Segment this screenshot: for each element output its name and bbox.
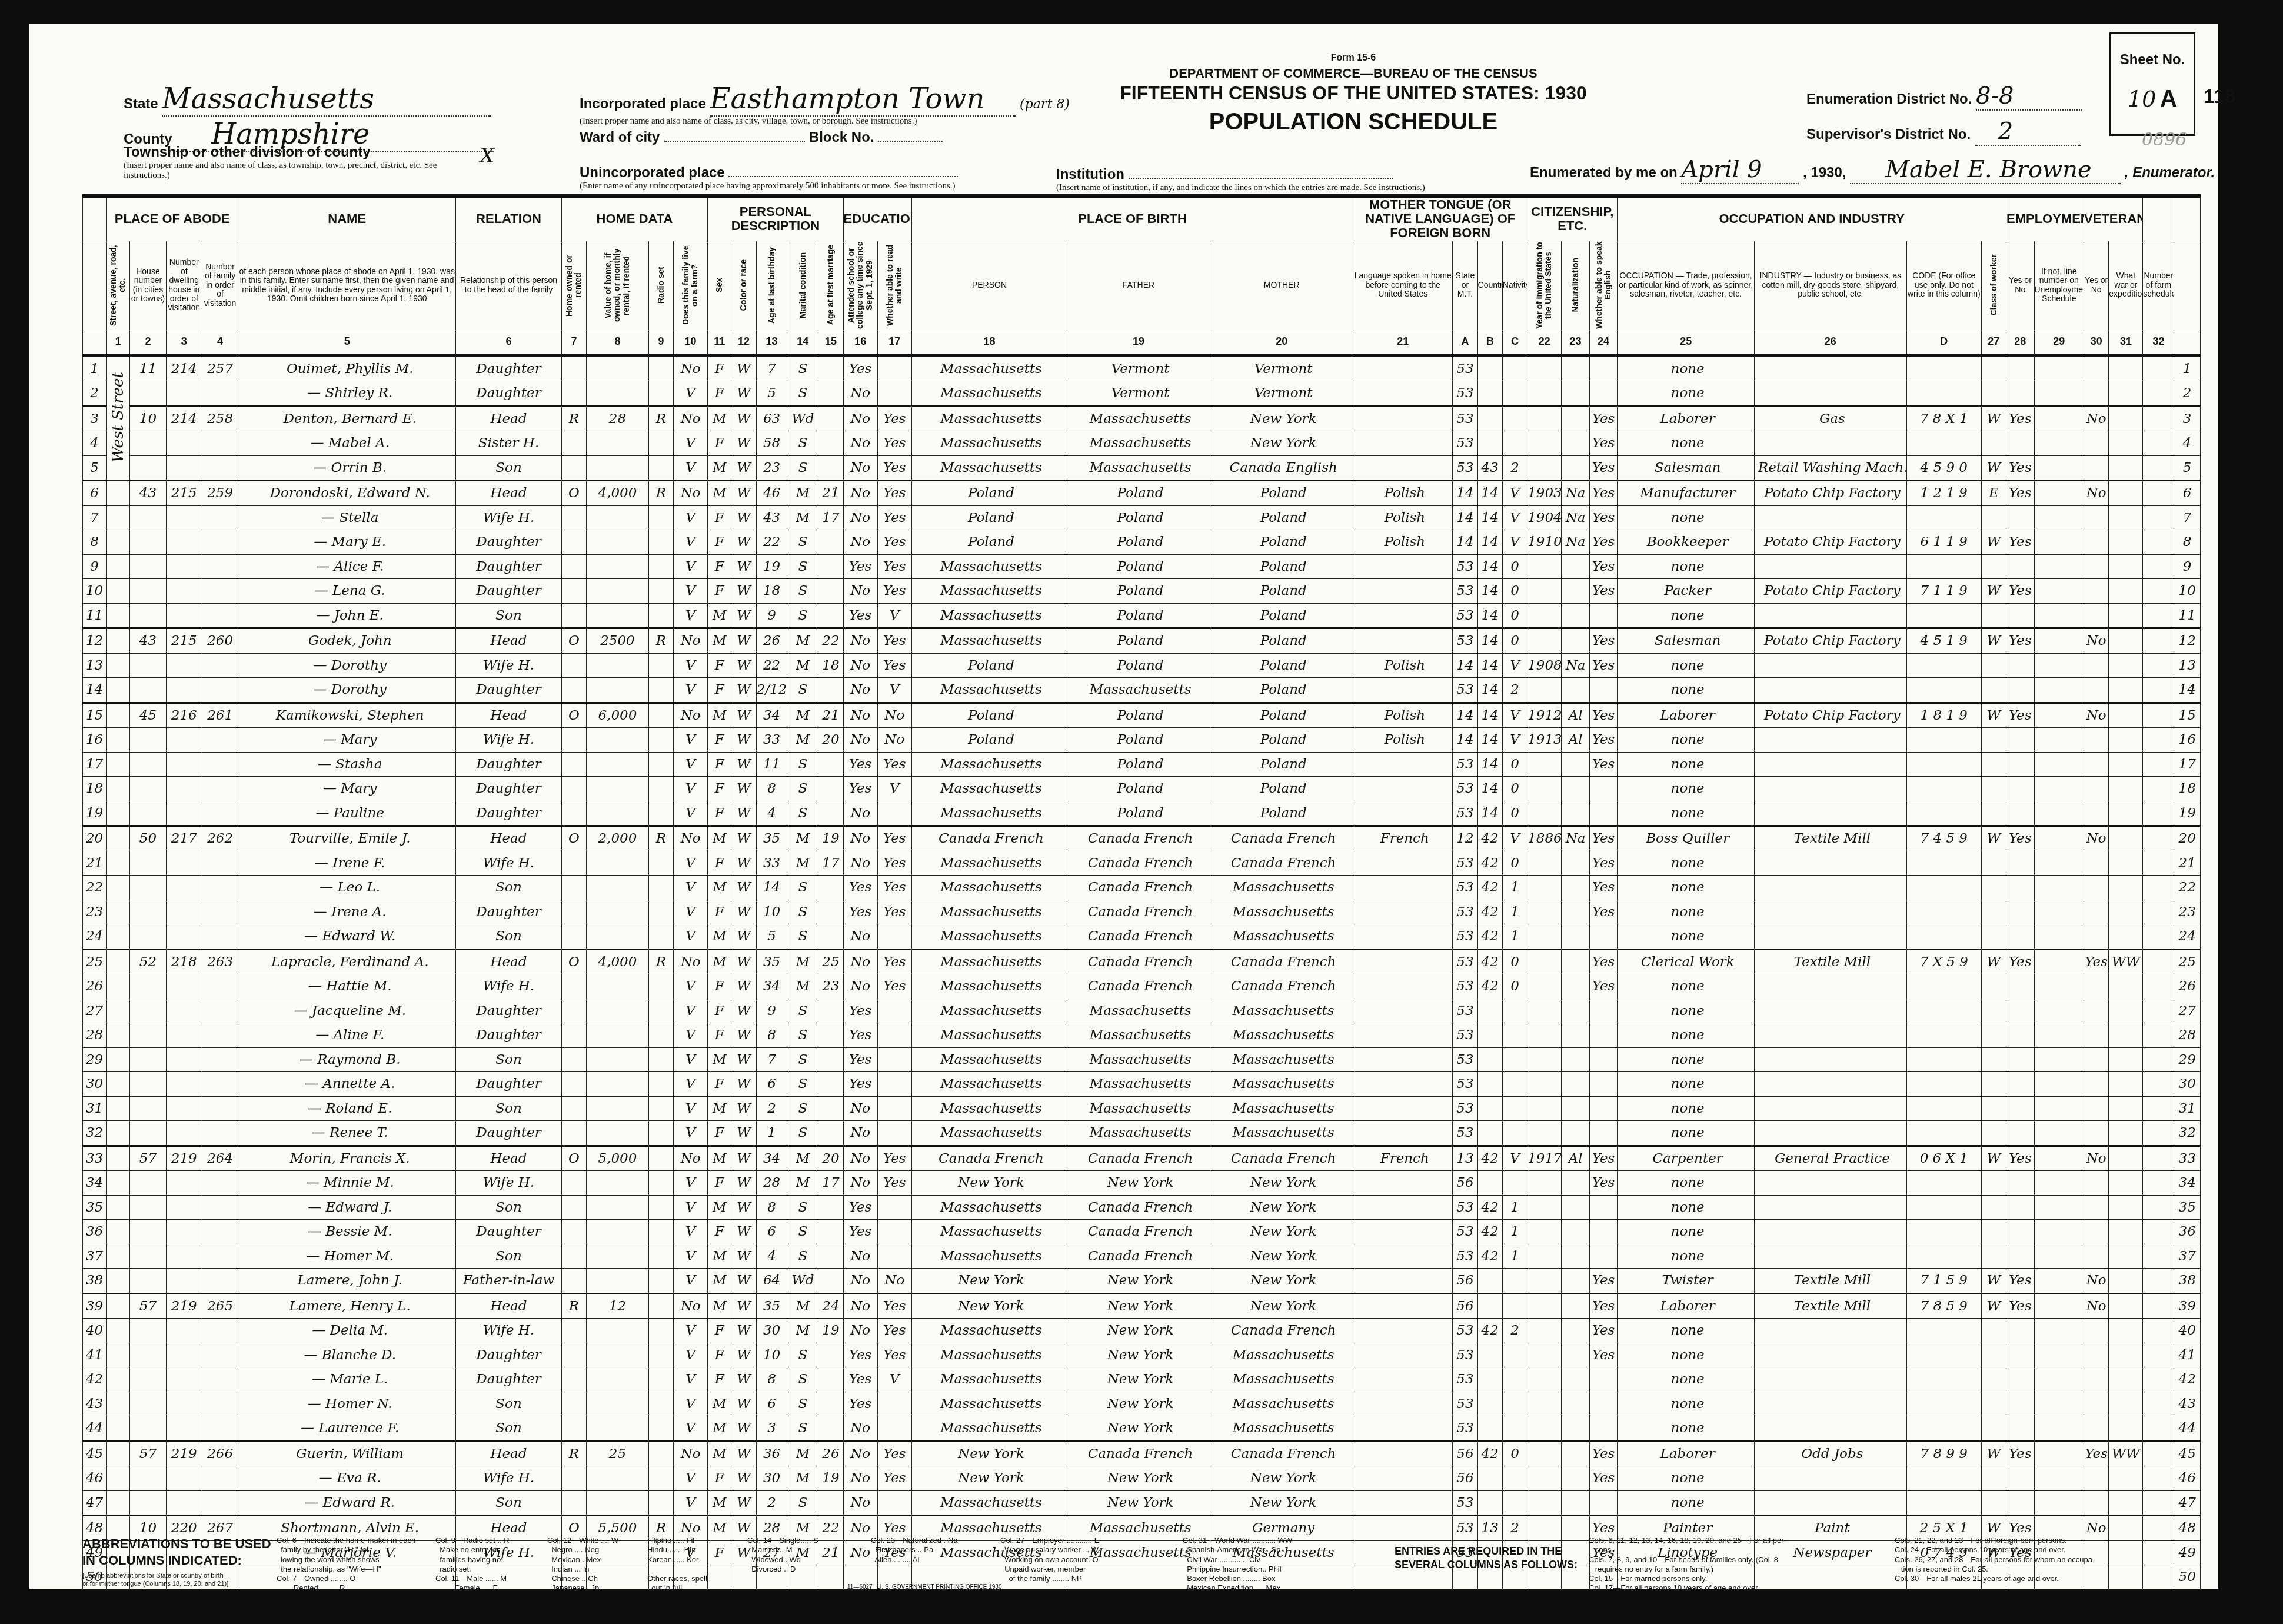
cell-farmsch bbox=[2143, 505, 2174, 530]
cell-ln: 13 bbox=[83, 653, 107, 678]
cell-occ: none bbox=[1618, 1195, 1755, 1220]
cell-fbp: Canada French bbox=[1067, 949, 1210, 974]
cell-own: O bbox=[561, 949, 586, 974]
cell-occ: none bbox=[1618, 355, 1755, 381]
cell-val bbox=[587, 678, 649, 703]
cell-b: 42 bbox=[1477, 826, 1502, 851]
table-row: 4557219266Guerin, WilliamHeadR25NoMW36M2… bbox=[83, 1441, 2201, 1466]
cell-war bbox=[2109, 678, 2143, 703]
cell-mbp: Massachusetts bbox=[1210, 1096, 1353, 1121]
cell-eng bbox=[1589, 924, 1618, 950]
cell-rel: Daughter bbox=[456, 1072, 562, 1097]
cell-sch: No bbox=[843, 653, 877, 678]
cell-farm: V bbox=[674, 431, 708, 456]
cell-unemp bbox=[2034, 1047, 2084, 1072]
cell-imm: 1908 bbox=[1527, 653, 1562, 678]
column-header-30: Yes or No bbox=[2084, 241, 2109, 330]
cell-ln: 9 bbox=[2174, 554, 2201, 579]
cell-ln: 7 bbox=[83, 505, 107, 530]
cell-dw bbox=[166, 974, 202, 999]
cell-imm: 1910 bbox=[1527, 530, 1562, 555]
cell-race: W bbox=[731, 1367, 756, 1392]
column-header-4: Number of family in order of visitation bbox=[202, 241, 238, 330]
column-header-A: State or M.T. bbox=[1453, 241, 1477, 330]
cell-ln: 39 bbox=[83, 1293, 107, 1319]
column-group-13 bbox=[2143, 196, 2174, 241]
cell-farm: V bbox=[674, 381, 708, 407]
cell-ln: 34 bbox=[2174, 1171, 2201, 1196]
block-label: Block No. bbox=[809, 129, 874, 145]
cell-rw: V bbox=[877, 1367, 911, 1392]
cell-fbp: Canada French bbox=[1067, 974, 1210, 999]
cell-b: 14 bbox=[1477, 801, 1502, 826]
cell-house bbox=[130, 1072, 166, 1097]
cell-bp: Massachusetts bbox=[911, 1490, 1067, 1516]
cell-agem: 17 bbox=[818, 851, 843, 876]
department-title: DEPARTMENT OF COMMERCE—BUREAU OF THE CEN… bbox=[1089, 66, 1618, 81]
cell-b: 14 bbox=[1477, 530, 1502, 555]
cell-dw bbox=[166, 381, 202, 407]
cell-radio: R bbox=[648, 628, 673, 654]
cell-farmsch bbox=[2143, 603, 2174, 628]
cell-rw: V bbox=[877, 678, 911, 703]
column-label: Age at last birthday bbox=[767, 247, 776, 324]
cell-vet: No bbox=[2084, 628, 2109, 654]
cell-lang: Polish bbox=[1353, 728, 1453, 753]
cell-nat bbox=[1562, 1121, 1590, 1146]
cell-occ: none bbox=[1618, 1392, 1755, 1416]
cell-imm bbox=[1527, 1121, 1562, 1146]
cell-ln: 47 bbox=[83, 1490, 107, 1516]
cell-imm bbox=[1527, 355, 1562, 381]
cell-val bbox=[587, 1096, 649, 1121]
cell-dw: 215 bbox=[166, 481, 202, 506]
cell-war bbox=[2109, 1367, 2143, 1392]
abbreviations-title: ABBREVIATIONS TO BE USED IN COLUMNS INDI… bbox=[82, 1536, 271, 1568]
cell-imm: 1913 bbox=[1527, 728, 1562, 753]
cell-sex: F bbox=[708, 1072, 731, 1097]
cell-sch: No bbox=[843, 406, 877, 431]
cell-farmsch bbox=[2143, 974, 2174, 999]
cell-rw bbox=[877, 1392, 911, 1416]
cell-house bbox=[130, 1343, 166, 1367]
cell-a: 53 bbox=[1453, 876, 1477, 900]
table-row: 40— Delia M.Wife H.VFW30M19NoYesMassachu… bbox=[83, 1319, 2201, 1343]
cell-sch: Yes bbox=[843, 355, 877, 381]
cell-dw bbox=[166, 1244, 202, 1269]
cell-ln: 37 bbox=[2174, 1244, 2201, 1269]
cell-farmsch bbox=[2143, 703, 2174, 728]
cell-mar: S bbox=[787, 678, 818, 703]
cell-name: — Marie L. bbox=[238, 1367, 456, 1392]
cell-street bbox=[107, 505, 130, 530]
cell-a: 14 bbox=[1453, 703, 1477, 728]
cell-sex: M bbox=[708, 1490, 731, 1516]
table-row: 3957219265Lamere, Henry L.HeadR12NoMW35M… bbox=[83, 1293, 2201, 1319]
cell-farmsch bbox=[2143, 1319, 2174, 1343]
cell-sex: M bbox=[708, 603, 731, 628]
cell-dw bbox=[166, 505, 202, 530]
cell-ln: 6 bbox=[83, 481, 107, 506]
cell-work bbox=[2006, 999, 2034, 1023]
column-number: B bbox=[1477, 330, 1502, 355]
cell-fbp: Poland bbox=[1067, 752, 1210, 777]
table-row: 21— Irene F.Wife H.VFW33M17NoYesMassachu… bbox=[83, 851, 2201, 876]
cell-c: 0 bbox=[1502, 579, 1527, 604]
cell-own bbox=[561, 1244, 586, 1269]
cell-age: 22 bbox=[756, 530, 787, 555]
cell-c: V bbox=[1502, 530, 1527, 555]
column-number: 8 bbox=[587, 330, 649, 355]
cell-house: 57 bbox=[130, 1293, 166, 1319]
cell-imm bbox=[1527, 1343, 1562, 1367]
cell-vet bbox=[2084, 1392, 2109, 1416]
cell-ind: Potato Chip Factory bbox=[1754, 530, 1906, 555]
cell-occ: none bbox=[1618, 851, 1755, 876]
cell-street bbox=[107, 949, 130, 974]
cell-c: 0 bbox=[1502, 603, 1527, 628]
cell-fbp: Poland bbox=[1067, 481, 1210, 506]
cell-code bbox=[1906, 1072, 1981, 1097]
cell-code bbox=[1906, 1023, 1981, 1048]
cell-sex: M bbox=[708, 1269, 731, 1294]
cell-ln: 17 bbox=[2174, 752, 2201, 777]
cell-val bbox=[587, 801, 649, 826]
cell-c: 0 bbox=[1502, 752, 1527, 777]
cell-age: 34 bbox=[756, 974, 787, 999]
cell-sch: No bbox=[843, 851, 877, 876]
cell-dw: 219 bbox=[166, 1146, 202, 1171]
cell-street bbox=[107, 1023, 130, 1048]
cell-dw bbox=[166, 1023, 202, 1048]
cell-sch: No bbox=[843, 628, 877, 654]
cell-race: W bbox=[731, 530, 756, 555]
cell-ln: 4 bbox=[83, 431, 107, 456]
cell-farm: V bbox=[674, 1171, 708, 1196]
cell-mbp: Poland bbox=[1210, 752, 1353, 777]
cell-farm: No bbox=[674, 406, 708, 431]
cell-agem bbox=[818, 1392, 843, 1416]
cell-nat bbox=[1562, 1072, 1590, 1097]
column-number: 7 bbox=[561, 330, 586, 355]
cell-mar: M bbox=[787, 851, 818, 876]
cell-rel: Wife H. bbox=[456, 851, 562, 876]
column-header-19: FATHER bbox=[1067, 241, 1210, 330]
cell-nat bbox=[1562, 752, 1590, 777]
cell-ln: 36 bbox=[83, 1220, 107, 1244]
cell-street bbox=[107, 678, 130, 703]
cell-rel: Daughter bbox=[456, 752, 562, 777]
cell-fam bbox=[202, 1244, 238, 1269]
cell-agem bbox=[818, 1244, 843, 1269]
column-label: State or M.T. bbox=[1453, 271, 1477, 298]
cell-work bbox=[2006, 801, 2034, 826]
cell-unemp bbox=[2034, 455, 2084, 481]
cell-c bbox=[1502, 1269, 1527, 1294]
cell-name: Kamikowski, Stephen bbox=[238, 703, 456, 728]
table-row: 27— Jacqueline M.DaughterVFW9SYesMassach… bbox=[83, 999, 2201, 1023]
column-label: Whether able to read and write bbox=[886, 241, 904, 330]
cell-house bbox=[130, 974, 166, 999]
column-header-27: Class of worker bbox=[1981, 241, 2006, 330]
cell-b bbox=[1477, 1171, 1502, 1196]
cell-farmsch bbox=[2143, 1195, 2174, 1220]
cell-farmsch bbox=[2143, 628, 2174, 654]
cell-farm: V bbox=[674, 876, 708, 900]
cell-work bbox=[2006, 1466, 2034, 1491]
cell-farmsch bbox=[2143, 554, 2174, 579]
cell-race: W bbox=[731, 924, 756, 950]
cell-rw bbox=[877, 1072, 911, 1097]
cell-war bbox=[2109, 1096, 2143, 1121]
cell-radio bbox=[648, 900, 673, 924]
cell-c: 2 bbox=[1502, 1319, 1527, 1343]
cell-war bbox=[2109, 431, 2143, 456]
cell-c: 1 bbox=[1502, 1195, 1527, 1220]
cell-mar: S bbox=[787, 876, 818, 900]
cell-val bbox=[587, 653, 649, 678]
cell-rw bbox=[877, 381, 911, 407]
cell-sch: Yes bbox=[843, 603, 877, 628]
cell-occ: none bbox=[1618, 924, 1755, 950]
cell-farmsch bbox=[2143, 1171, 2174, 1196]
cell-b bbox=[1477, 1096, 1502, 1121]
cell-c: 2 bbox=[1502, 455, 1527, 481]
cell-ln: 21 bbox=[2174, 851, 2201, 876]
cell-bp: Massachusetts bbox=[911, 1023, 1067, 1048]
column-group-6: EDUCATION bbox=[843, 196, 911, 241]
incorporated-label: Incorporated place bbox=[580, 96, 706, 112]
cell-mar: Wd bbox=[787, 406, 818, 431]
cell-rel: Daughter bbox=[456, 1023, 562, 1048]
cell-ind bbox=[1754, 1023, 1906, 1048]
cell-mar: M bbox=[787, 949, 818, 974]
cell-radio bbox=[648, 431, 673, 456]
cell-farm: V bbox=[674, 1343, 708, 1367]
cell-vet bbox=[2084, 876, 2109, 900]
column-number: 1 bbox=[107, 330, 130, 355]
cell-lang: French bbox=[1353, 1146, 1453, 1171]
cell-unemp bbox=[2034, 777, 2084, 801]
cell-sch: No bbox=[843, 1121, 877, 1146]
cell-ln: 12 bbox=[83, 628, 107, 654]
column-number: 13 bbox=[756, 330, 787, 355]
cell-ln: 26 bbox=[2174, 974, 2201, 999]
column-label: FATHER bbox=[1067, 281, 1210, 289]
cell-lang bbox=[1353, 579, 1453, 604]
cell-eng: Yes bbox=[1589, 455, 1618, 481]
cell-mar: M bbox=[787, 628, 818, 654]
abbrev-col23: Col. 23—Naturalized . Na First papers ..… bbox=[871, 1536, 957, 1565]
cell-farmsch bbox=[2143, 900, 2174, 924]
cell-sch: No bbox=[843, 530, 877, 555]
cell-code bbox=[1906, 752, 1981, 777]
cell-ind: Retail Washing Mach. bbox=[1754, 455, 1906, 481]
cell-cls: W bbox=[1981, 406, 2006, 431]
cell-occ: none bbox=[1618, 1171, 1755, 1196]
cell-own bbox=[561, 777, 586, 801]
cell-code bbox=[1906, 1490, 1981, 1516]
cell-val bbox=[587, 1466, 649, 1491]
cell-bp: Massachusetts bbox=[911, 455, 1067, 481]
cell-a: 53 bbox=[1453, 1343, 1477, 1367]
cell-name: — Orrin B. bbox=[238, 455, 456, 481]
cell-cls: W bbox=[1981, 1269, 2006, 1294]
cell-war bbox=[2109, 1490, 2143, 1516]
table-row: 17— StashaDaughterVFW11SYesYesMassachuse… bbox=[83, 752, 2201, 777]
column-group-0 bbox=[83, 196, 107, 241]
cell-mar: S bbox=[787, 1416, 818, 1442]
cell-imm bbox=[1527, 1441, 1562, 1466]
cell-val: 6,000 bbox=[587, 703, 649, 728]
cell-lang bbox=[1353, 603, 1453, 628]
column-header-6: Relationship of this person to the head … bbox=[456, 241, 562, 330]
cell-work bbox=[2006, 1023, 2034, 1048]
cell-ind bbox=[1754, 505, 1906, 530]
cell-house bbox=[130, 530, 166, 555]
cell-lang bbox=[1353, 851, 1453, 876]
cell-race: W bbox=[731, 1319, 756, 1343]
cell-fam bbox=[202, 1220, 238, 1244]
cell-lang bbox=[1353, 1171, 1453, 1196]
cell-fam bbox=[202, 1072, 238, 1097]
column-header-22: Year of immigration to the United States bbox=[1527, 241, 1562, 330]
cell-mbp: New York bbox=[1210, 1293, 1353, 1319]
cell-sch: Yes bbox=[843, 554, 877, 579]
cell-race: W bbox=[731, 1096, 756, 1121]
cell-radio bbox=[648, 1416, 673, 1442]
cell-fam: 263 bbox=[202, 949, 238, 974]
column-label: If not, line number on Unemployment Sche… bbox=[2035, 267, 2084, 304]
cell-a: 53 bbox=[1453, 1244, 1477, 1269]
cell-race: W bbox=[731, 1072, 756, 1097]
cell-own bbox=[561, 355, 586, 381]
cell-ln: 18 bbox=[83, 777, 107, 801]
cell-imm bbox=[1527, 752, 1562, 777]
column-header-17: Whether able to read and write bbox=[877, 241, 911, 330]
cell-nat: Al bbox=[1562, 728, 1590, 753]
cell-ind bbox=[1754, 974, 1906, 999]
cell-sch: No bbox=[843, 801, 877, 826]
cell-name: — Edward J. bbox=[238, 1195, 456, 1220]
column-number: 9 bbox=[648, 330, 673, 355]
cell-code: 1 2 1 9 bbox=[1906, 481, 1981, 506]
cell-mbp: Poland bbox=[1210, 530, 1353, 555]
cell-dw bbox=[166, 851, 202, 876]
cell-own bbox=[561, 801, 586, 826]
cell-rel: Head bbox=[456, 1293, 562, 1319]
cell-ind: Textile Mill bbox=[1754, 1293, 1906, 1319]
cell-farm: V bbox=[674, 999, 708, 1023]
cell-sch: No bbox=[843, 949, 877, 974]
cell-rel: Son bbox=[456, 924, 562, 950]
cell-house: 45 bbox=[130, 703, 166, 728]
cell-unemp bbox=[2034, 1023, 2084, 1048]
column-number: 17 bbox=[877, 330, 911, 355]
cell-ln: 14 bbox=[83, 678, 107, 703]
cell-dw bbox=[166, 900, 202, 924]
cell-farmsch bbox=[2143, 1146, 2174, 1171]
cell-a: 14 bbox=[1453, 505, 1477, 530]
cell-fam bbox=[202, 653, 238, 678]
cell-sch: No bbox=[843, 505, 877, 530]
cell-fbp: Massachusetts bbox=[1067, 431, 1210, 456]
cell-nat bbox=[1562, 355, 1590, 381]
cell-work bbox=[2006, 1367, 2034, 1392]
cell-rw bbox=[877, 1220, 911, 1244]
cell-work bbox=[2006, 876, 2034, 900]
cell-rw bbox=[877, 1490, 911, 1516]
cell-work bbox=[2006, 1416, 2034, 1442]
cell-name: Lapracle, Ferdinand A. bbox=[238, 949, 456, 974]
cell-war bbox=[2109, 579, 2143, 604]
table-row: 643215259Dorondoski, Edward N.HeadO4,000… bbox=[83, 481, 2201, 506]
table-row: 31— Roland E.SonVMW2SNoMassachusettsMass… bbox=[83, 1096, 2201, 1121]
cell-cls bbox=[1981, 851, 2006, 876]
cell-bp: Massachusetts bbox=[911, 1416, 1067, 1442]
cell-ln: 20 bbox=[83, 826, 107, 851]
cell-fam bbox=[202, 1121, 238, 1146]
cell-a: 53 bbox=[1453, 579, 1477, 604]
column-header-21: Language spoken in home before coming to… bbox=[1353, 241, 1453, 330]
cell-cls bbox=[1981, 431, 2006, 456]
cell-farm: V bbox=[674, 851, 708, 876]
cell-radio bbox=[648, 999, 673, 1023]
cell-bp: Massachusetts bbox=[911, 1367, 1067, 1392]
cell-bp: Massachusetts bbox=[911, 381, 1067, 407]
cell-val bbox=[587, 1416, 649, 1442]
census-title: FIFTEENTH CENSUS OF THE UNITED STATES: 1… bbox=[1089, 82, 1618, 104]
cell-work bbox=[2006, 603, 2034, 628]
cell-dw bbox=[166, 1490, 202, 1516]
cell-mbp: Canada French bbox=[1210, 1319, 1353, 1343]
cell-farmsch bbox=[2143, 1293, 2174, 1319]
cell-war bbox=[2109, 1121, 2143, 1146]
cell-a: 53 bbox=[1453, 924, 1477, 950]
cell-cls bbox=[1981, 1343, 2006, 1367]
cell-eng: Yes bbox=[1589, 1146, 1618, 1171]
cell-vet bbox=[2084, 851, 2109, 876]
cell-radio bbox=[648, 1466, 673, 1491]
cell-val bbox=[587, 777, 649, 801]
cell-agem bbox=[818, 1121, 843, 1146]
cell-b: 42 bbox=[1477, 1146, 1502, 1171]
cell-agem bbox=[818, 1096, 843, 1121]
cell-cls: W bbox=[1981, 530, 2006, 555]
cell-imm bbox=[1527, 924, 1562, 950]
column-header-29: If not, line number on Unemployment Sche… bbox=[2034, 241, 2084, 330]
cell-eng: Yes bbox=[1589, 1466, 1618, 1491]
cell-val bbox=[587, 1367, 649, 1392]
cell-imm bbox=[1527, 974, 1562, 999]
cell-fbp: Canada French bbox=[1067, 924, 1210, 950]
cell-house bbox=[130, 1096, 166, 1121]
cell-street bbox=[107, 530, 130, 555]
cell-race: W bbox=[731, 1171, 756, 1196]
cell-agem: 17 bbox=[818, 505, 843, 530]
cell-house bbox=[130, 1121, 166, 1146]
cell-ln: 9 bbox=[83, 554, 107, 579]
cell-name: Dorondoski, Edward N. bbox=[238, 481, 456, 506]
cell-own: O bbox=[561, 628, 586, 654]
cell-imm bbox=[1527, 579, 1562, 604]
cell-val bbox=[587, 1047, 649, 1072]
cell-house bbox=[130, 431, 166, 456]
cell-rw: Yes bbox=[877, 876, 911, 900]
column-number bbox=[2174, 330, 2201, 355]
township-value: X bbox=[480, 144, 494, 168]
cell-age: 19 bbox=[756, 554, 787, 579]
